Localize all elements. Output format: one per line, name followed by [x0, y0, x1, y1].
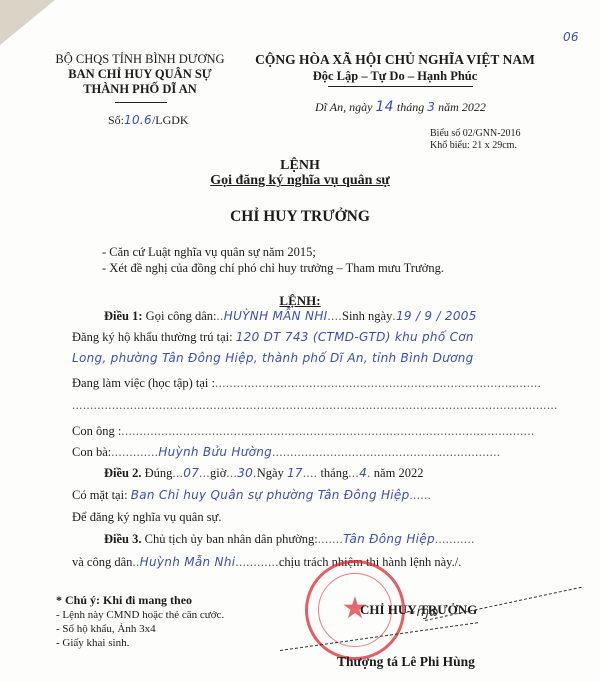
signer-name: Thượng tá Lê Phi Hùng [337, 654, 475, 670]
page-mark: 06 [563, 30, 579, 44]
order-heading: LỆNH: [0, 293, 600, 309]
note-item: - Giấy khai sinh. [56, 637, 129, 649]
father-line: Con ông :...............................… [72, 424, 535, 439]
basis-2: - Xét đề nghị của đồng chí phó chỉ huy t… [102, 261, 444, 276]
basis-1: - Căn cứ Luật nghĩa vụ quân sự năm 2015; [102, 245, 316, 260]
issuer-line3: THÀNH PHỐ DĨ AN [40, 82, 240, 97]
national-motto: Độc Lập – Tự Do – Hạnh Phúc [250, 68, 540, 84]
commander-title: CHỈ HUY TRƯỞNG [0, 208, 600, 226]
mother-line: Con bà:.............Huỳnh Bửu Hường.....… [72, 445, 500, 460]
national-divider [328, 86, 473, 87]
document-number: Số:10.6/LGDK [108, 113, 189, 128]
article2-purpose: Để đăng ký nghĩa vụ quân sự. [72, 510, 221, 525]
issuer-line1: BỘ CHQS TỈNH BÌNH DƯƠNG [40, 52, 240, 67]
workplace-line2: ........................................… [72, 398, 558, 413]
article3-ward: Điều 3. Chủ tịch ủy ban nhân dân phường:… [104, 532, 475, 547]
issuer-divider [115, 102, 167, 103]
article2-time: Điều 2. Đúng...07...giờ...30.Ngày 17....… [104, 466, 423, 481]
residence-line2: Long, phường Tân Đông Hiệp, thành phố Dĩ… [72, 351, 474, 366]
residence-line1: Đăng ký hộ khẩu thường trú tại: 120 DT 7… [72, 330, 474, 345]
issuer-header: BỘ CHQS TỈNH BÌNH DƯƠNG BAN CHỈ HUY QUÂN… [40, 52, 240, 97]
mother-name: Huỳnh Bửu Hường [158, 445, 272, 459]
number-value: 10.6 [124, 113, 152, 127]
note-heading: * Chú ý: Khi đi mang theo [56, 593, 192, 608]
note-item: - Lệnh này CMND hoặc thẻ căn cước. [56, 609, 224, 621]
issuer-line2: BAN CHỈ HUY QUÂN SỰ [40, 67, 240, 82]
national-header: CỘNG HÒA XÃ HỘI CHỦ NGHĨA VIỆT NAM Độc L… [250, 52, 540, 84]
note-item: - Sổ hộ khẩu, Ảnh 3x4 [56, 623, 156, 635]
issue-date: Dĩ An, ngày 14 tháng 3 năm 2022 [315, 99, 486, 115]
date-of-birth: 19 / 9 / 2005 [396, 309, 477, 323]
order-title: LỆNH [0, 158, 600, 174]
article2-place: Có mặt tại: Ban Chỉ huy Quân sự phường T… [72, 488, 431, 503]
order-subtitle: Gọi đăng ký nghĩa vụ quân sự [0, 173, 600, 189]
workplace-line: Đang làm việc (học tập) tại :...........… [72, 376, 541, 391]
paper-corner-shadow [0, 0, 55, 45]
article3-citizen: và công dân..Huỳnh Mẫn Nhi............ch… [72, 555, 461, 570]
national-title: CỘNG HÒA XÃ HỘI CHỦ NGHĨA VIỆT NAM [250, 52, 540, 68]
citizen-name: HUỲNH MẪN NHI [224, 309, 328, 323]
article1-call: Điều 1: Gọi công dân:..HUỲNH MẪN NHI....… [104, 309, 477, 324]
form-info: Biểu số 02/GNN-2016 Khổ biểu: 21 x 29cm. [430, 128, 521, 152]
